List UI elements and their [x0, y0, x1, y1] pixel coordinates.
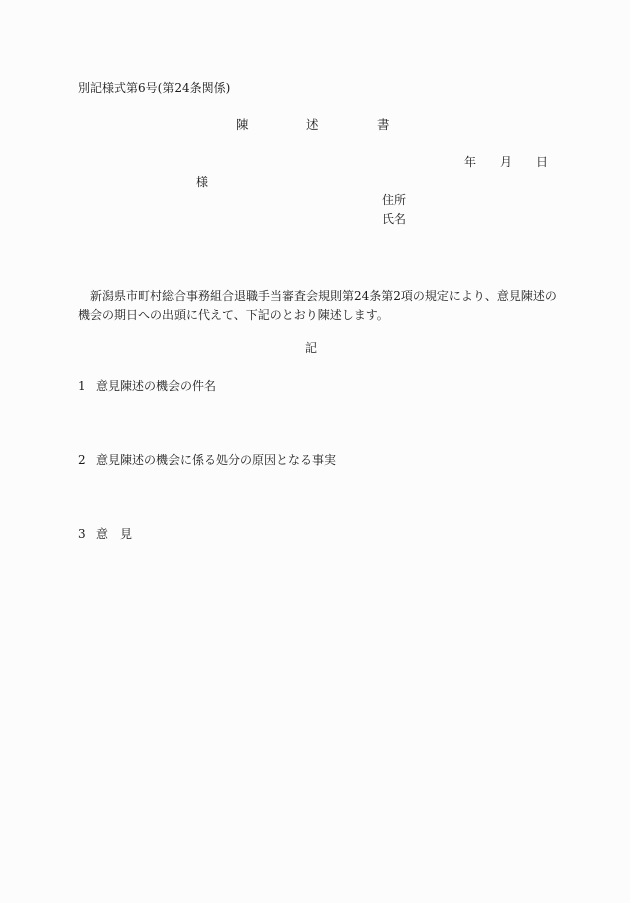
- year-label: 年: [464, 155, 476, 169]
- item-number: 1: [78, 379, 96, 393]
- list-item: 3意 見: [78, 527, 132, 541]
- day-label: 日: [536, 155, 548, 169]
- item-number: 2: [78, 453, 96, 467]
- title-char-3: 書: [377, 118, 390, 132]
- item-label: 意 見: [96, 527, 132, 541]
- address-label: 住所: [382, 193, 406, 207]
- addressee-suffix: 様: [196, 175, 208, 189]
- title-char-2: 述: [306, 118, 319, 132]
- list-item: 1意見陳述の機会の件名: [78, 379, 216, 393]
- form-number: 別記様式第6号(第24条関係): [78, 81, 230, 95]
- ki-heading: 記: [305, 341, 317, 355]
- item-label: 意見陳述の機会に係る処分の原因となる事実: [96, 453, 336, 467]
- list-item: 2意見陳述の機会に係る処分の原因となる事実: [78, 453, 336, 467]
- item-number: 3: [78, 527, 96, 541]
- item-label: 意見陳述の機会の件名: [96, 379, 216, 393]
- body-paragraph: 新潟県市町村総合事務組合退職手当審査会規則第24条第2項の規定により、意見陳述の…: [78, 287, 558, 325]
- name-label: 氏名: [382, 212, 406, 226]
- title-char-1: 陳: [236, 118, 249, 132]
- month-label: 月: [500, 155, 512, 169]
